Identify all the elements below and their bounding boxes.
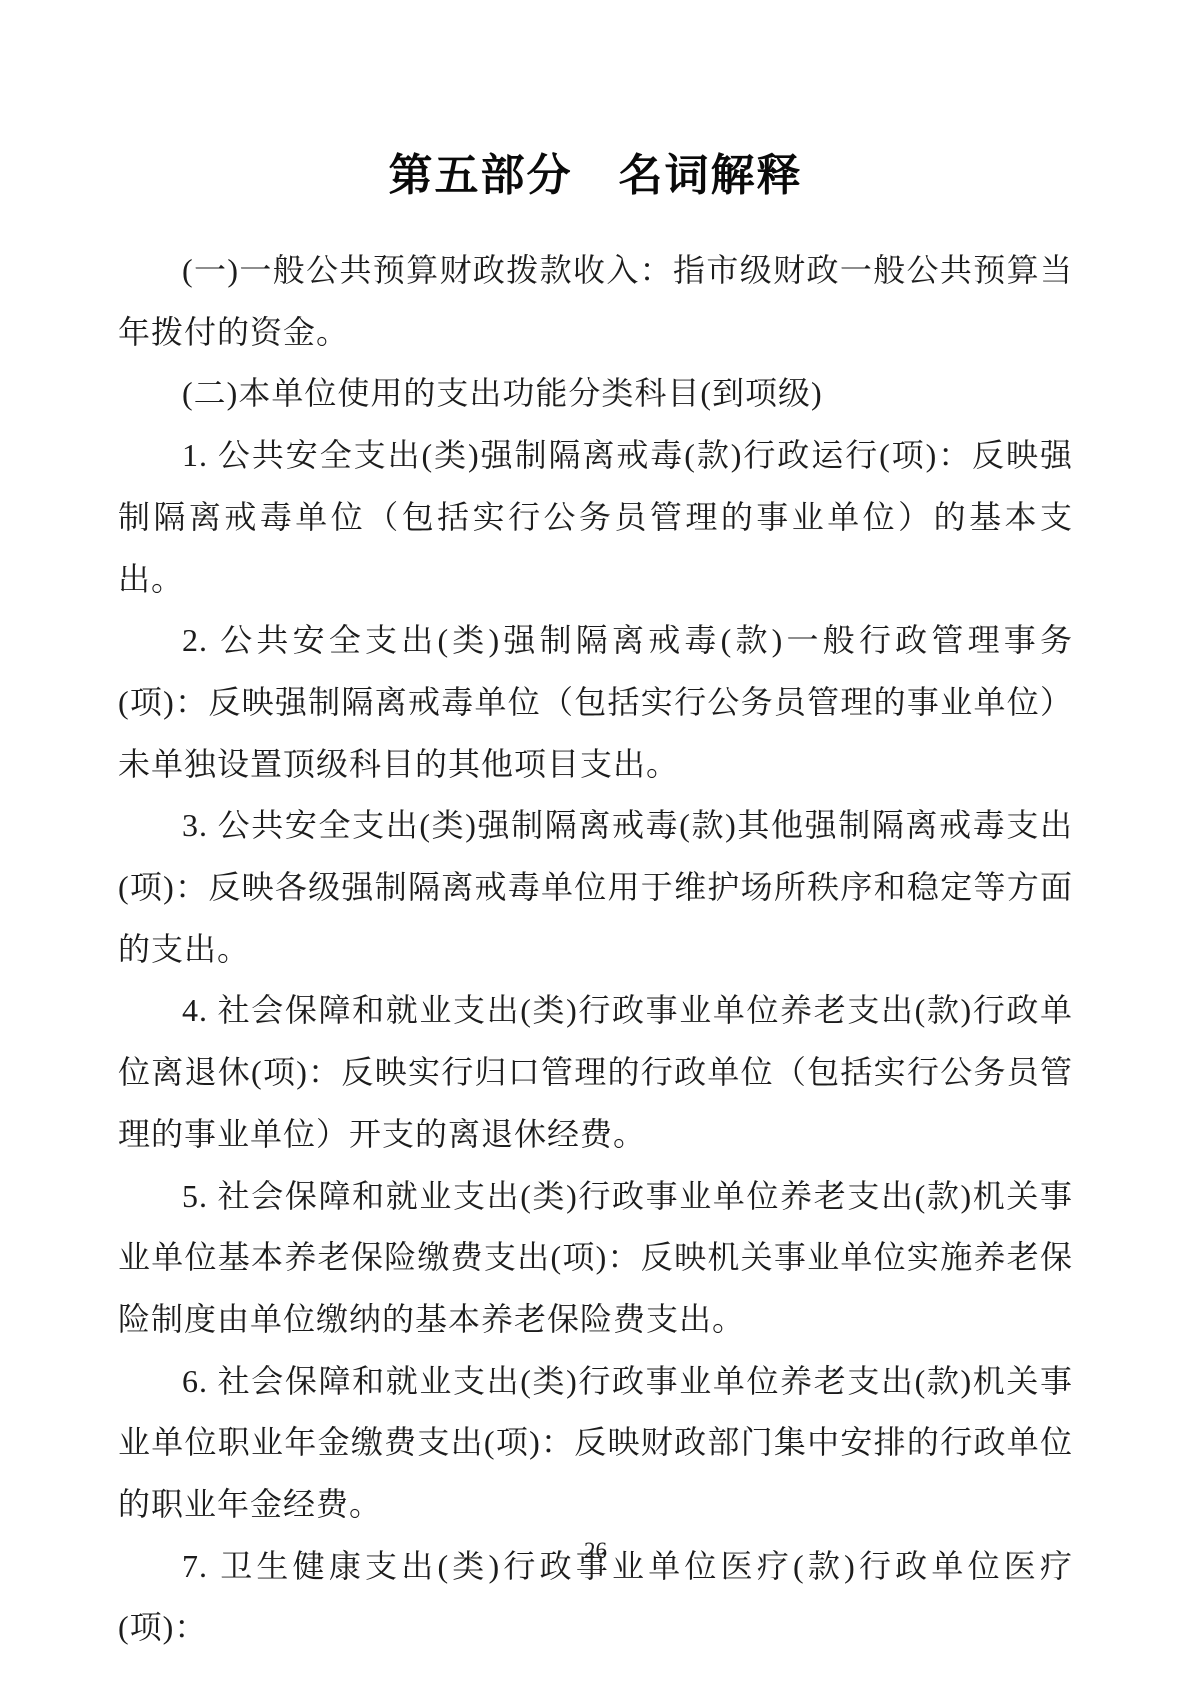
document-body: (一)一般公共预算财政拨款收入：指市级财政一般公共预算当年拨付的资金。 (二)本… [118, 240, 1073, 1659]
document-page: 第五部分 名词解释 (一)一般公共预算财政拨款收入：指市级财政一般公共预算当年拨… [0, 0, 1191, 1684]
paragraph-item-3: 3. 公共安全支出(类)强制隔离戒毒(款)其他强制隔离戒毒支出(项)：反映各级强… [118, 795, 1073, 980]
paragraph-item-2: 2. 公共安全支出(类)强制隔离戒毒(款)一般行政管理事务(项)：反映强制隔离戒… [118, 610, 1073, 795]
paragraph-item-1: 1. 公共安全支出(类)强制隔离戒毒(款)行政运行(项)：反映强制隔离戒毒单位（… [118, 425, 1073, 610]
paragraph-expenditure-classification-intro: (二)本单位使用的支出功能分类科目(到项级) [118, 363, 1073, 425]
paragraph-item-4: 4. 社会保障和就业支出(类)行政事业单位养老支出(款)行政单位离退休(项)：反… [118, 980, 1073, 1165]
page-number: 26 [0, 1536, 1191, 1566]
paragraph-item-5: 5. 社会保障和就业支出(类)行政事业单位养老支出(款)机关事业单位基本养老保险… [118, 1166, 1073, 1351]
paragraph-item-6: 6. 社会保障和就业支出(类)行政事业单位养老支出(款)机关事业单位职业年金缴费… [118, 1351, 1073, 1536]
paragraph-general-public-budget-income: (一)一般公共预算财政拨款收入：指市级财政一般公共预算当年拨付的资金。 [118, 240, 1073, 363]
page-title: 第五部分 名词解释 [0, 146, 1191, 206]
